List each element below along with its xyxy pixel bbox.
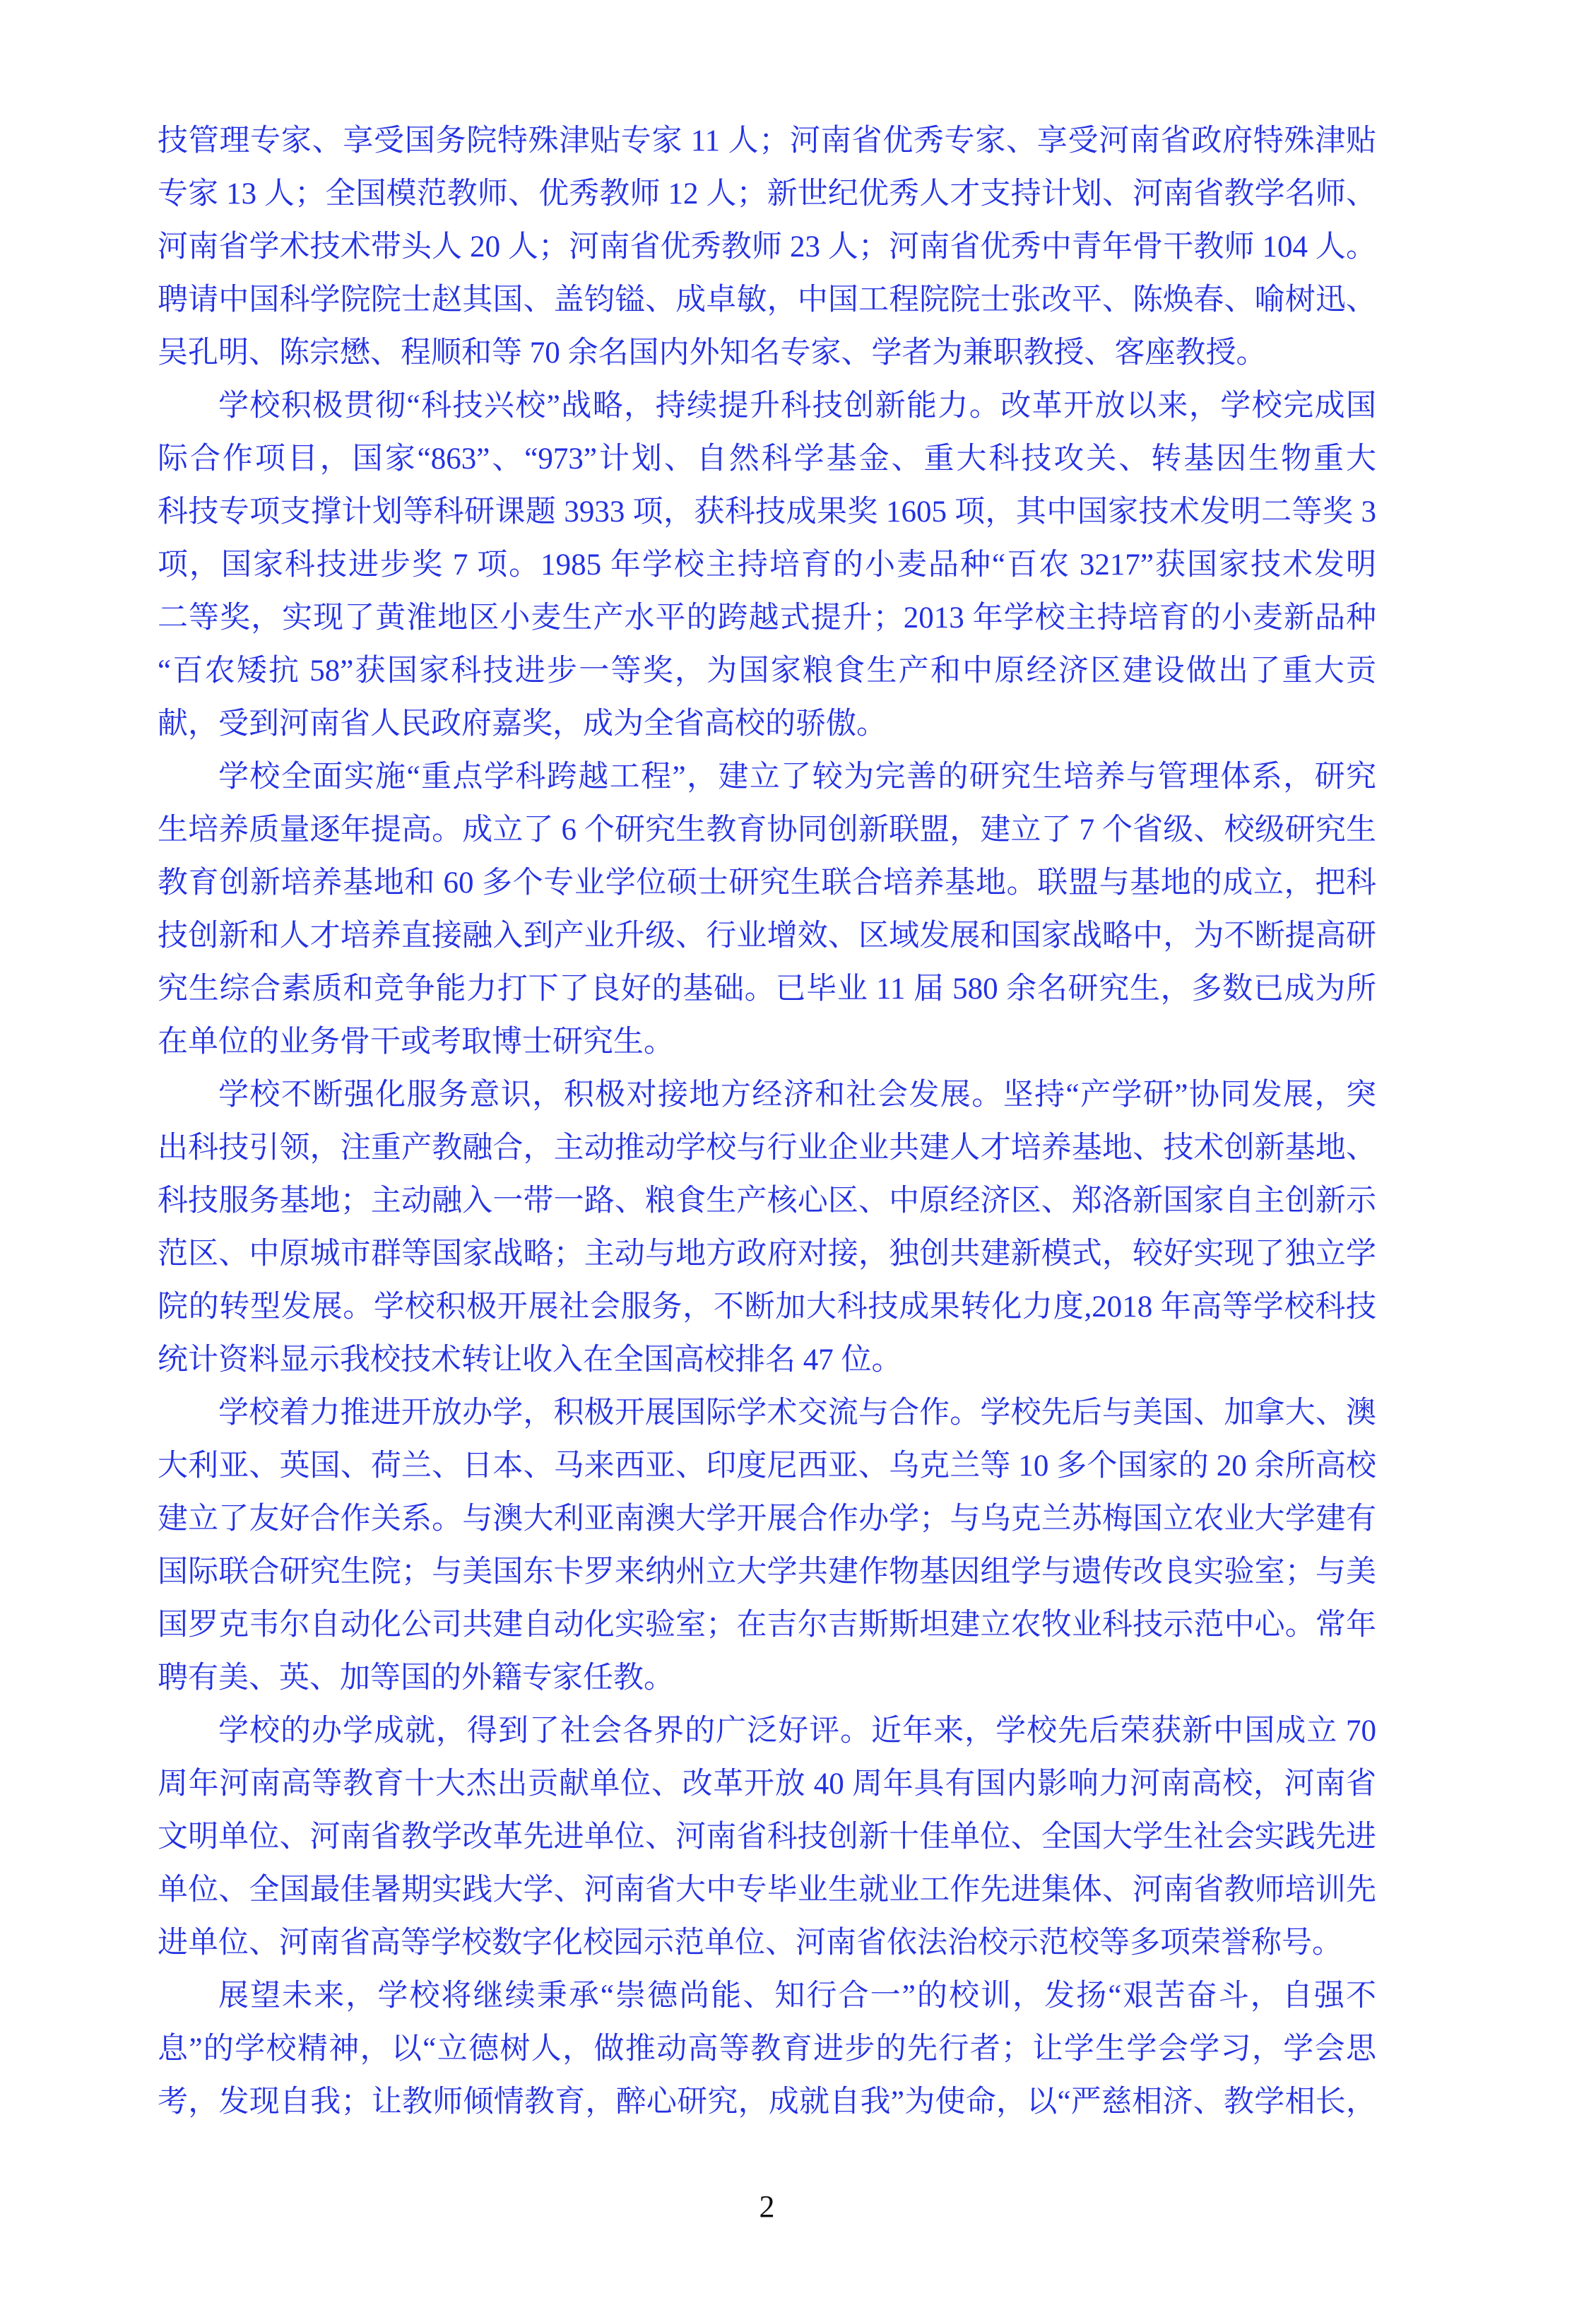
text-line: 专家 13 人；全国模范教师、优秀教师 12 人；新世纪优秀人才支持计划、河南省… xyxy=(158,167,1376,220)
text-line: 科技服务基地；主动融入一带一路、粮食生产核心区、中原经济区、郑洛新国家自主创新示 xyxy=(158,1174,1376,1227)
text-line: 息”的学校精神，以“立德树人，做推动高等教育进步的先行者；让学生学会学习，学会思 xyxy=(158,2022,1376,2075)
text-line: 生培养质量逐年提高。成立了 6 个研究生教育协同创新联盟，建立了 7 个省级、校… xyxy=(158,803,1376,856)
text-line: 技创新和人才培养直接融入到产业升级、行业增效、区域发展和国家战略中，为不断提高研 xyxy=(158,909,1376,962)
text-line: 教育创新培养基地和 60 多个专业学位硕士研究生联合培养基地。联盟与基地的成立，… xyxy=(158,856,1376,909)
text-line: 聘请中国科学院院士赵其国、盖钧镒、成卓敏，中国工程院院士张改平、陈焕春、喻树迅、 xyxy=(158,273,1376,326)
text-line: 二等奖，实现了黄淮地区小麦生产水平的跨越式提升；2013 年学校主持培育的小麦新… xyxy=(158,591,1376,644)
text-line: 国际联合研究生院；与美国东卡罗来纳州立大学共建作物基因组学与遗传改良实验室；与美 xyxy=(158,1545,1376,1598)
text-line: 院的转型发展。学校积极开展社会服务，不断加大科技成果转化力度,2018 年高等学… xyxy=(158,1280,1376,1333)
page-number: 2 xyxy=(158,2186,1376,2228)
text-line: 聘有美、英、加等国的外籍专家任教。 xyxy=(158,1651,1376,1704)
text-line: 考，发现自我；让教师倾情教育，醉心研究，成就自我”为使命，以“严慈相济、教学相长… xyxy=(158,2075,1376,2128)
text-line: 学校不断强化服务意识，积极对接地方经济和社会发展。坚持“产学研”协同发展，突 xyxy=(158,1068,1376,1121)
text-line: 际合作项目，国家“863”、“973”计划、自然科学基金、重大科技攻关、转基因生… xyxy=(158,432,1376,485)
text-line: 国罗克韦尔自动化公司共建自动化实验室；在吉尔吉斯斯坦建立农牧业科技示范中心。常年 xyxy=(158,1598,1376,1651)
text-line: 单位、全国最佳暑期实践大学、河南省大中专毕业生就业工作先进集体、河南省教师培训先 xyxy=(158,1863,1376,1916)
text-line: 献，受到河南省人民政府嘉奖，成为全省高校的骄傲。 xyxy=(158,697,1376,750)
text-line: 河南省学术技术带头人 20 人；河南省优秀教师 23 人；河南省优秀中青年骨干教… xyxy=(158,220,1376,273)
text-line: 进单位、河南省高等学校数字化校园示范单位、河南省依法治校示范校等多项荣誉称号。 xyxy=(158,1916,1376,1969)
text-line: 出科技引领，注重产教融合，主动推动学校与行业企业共建人才培养基地、技术创新基地、 xyxy=(158,1121,1376,1174)
text-line: 技管理专家、享受国务院特殊津贴专家 11 人；河南省优秀专家、享受河南省政府特殊… xyxy=(158,114,1376,167)
text-line: 学校着力推进开放办学，积极开展国际学术交流与合作。学校先后与美国、加拿大、澳 xyxy=(158,1386,1376,1439)
text-line: 在单位的业务骨干或考取博士研究生。 xyxy=(158,1015,1376,1068)
text-line: 学校全面实施“重点学科跨越工程”，建立了较为完善的研究生培养与管理体系，研究 xyxy=(158,750,1376,803)
text-line: 究生综合素质和竞争能力打下了良好的基础。已毕业 11 届 580 余名研究生，多… xyxy=(158,962,1376,1015)
text-line: 范区、中原城市群等国家战略；主动与地方政府对接，独创共建新模式，较好实现了独立学 xyxy=(158,1227,1376,1280)
document-page: 技管理专家、享受国务院特殊津贴专家 11 人；河南省优秀专家、享受河南省政府特殊… xyxy=(0,0,1596,2320)
text-line: 展望未来，学校将继续秉承“崇德尚能、知行合一”的校训，发扬“艰苦奋斗，自强不 xyxy=(158,1969,1376,2022)
text-line: 统计资料显示我校技术转让收入在全国高校排名 47 位。 xyxy=(158,1333,1376,1386)
text-line: 学校积极贯彻“科技兴校”战略，持续提升科技创新能力。改革开放以来，学校完成国 xyxy=(158,379,1376,432)
text-line: 建立了友好合作关系。与澳大利亚南澳大学开展合作办学；与乌克兰苏梅国立农业大学建有 xyxy=(158,1492,1376,1545)
body-text: 技管理专家、享受国务院特殊津贴专家 11 人；河南省优秀专家、享受河南省政府特殊… xyxy=(158,114,1376,2128)
text-line: 文明单位、河南省教学改革先进单位、河南省科技创新十佳单位、全国大学生社会实践先进 xyxy=(158,1810,1376,1863)
text-line: 大利亚、英国、荷兰、日本、马来西亚、印度尼西亚、乌克兰等 10 多个国家的 20… xyxy=(158,1439,1376,1492)
text-line: 吴孔明、陈宗懋、程顺和等 70 余名国内外知名专家、学者为兼职教授、客座教授。 xyxy=(158,326,1376,379)
text-line: 学校的办学成就，得到了社会各界的广泛好评。近年来，学校先后荣获新中国成立 70 xyxy=(158,1704,1376,1757)
text-line: 周年河南高等教育十大杰出贡献单位、改革开放 40 周年具有国内影响力河南高校，河… xyxy=(158,1757,1376,1810)
text-line: “百农矮抗 58”获国家科技进步一等奖，为国家粮食生产和中原经济区建设做出了重大… xyxy=(158,644,1376,697)
text-line: 科技专项支撑计划等科研课题 3933 项，获科技成果奖 1605 项，其中国家技… xyxy=(158,485,1376,538)
text-line: 项，国家科技进步奖 7 项。1985 年学校主持培育的小麦品种“百农 3217”… xyxy=(158,538,1376,591)
